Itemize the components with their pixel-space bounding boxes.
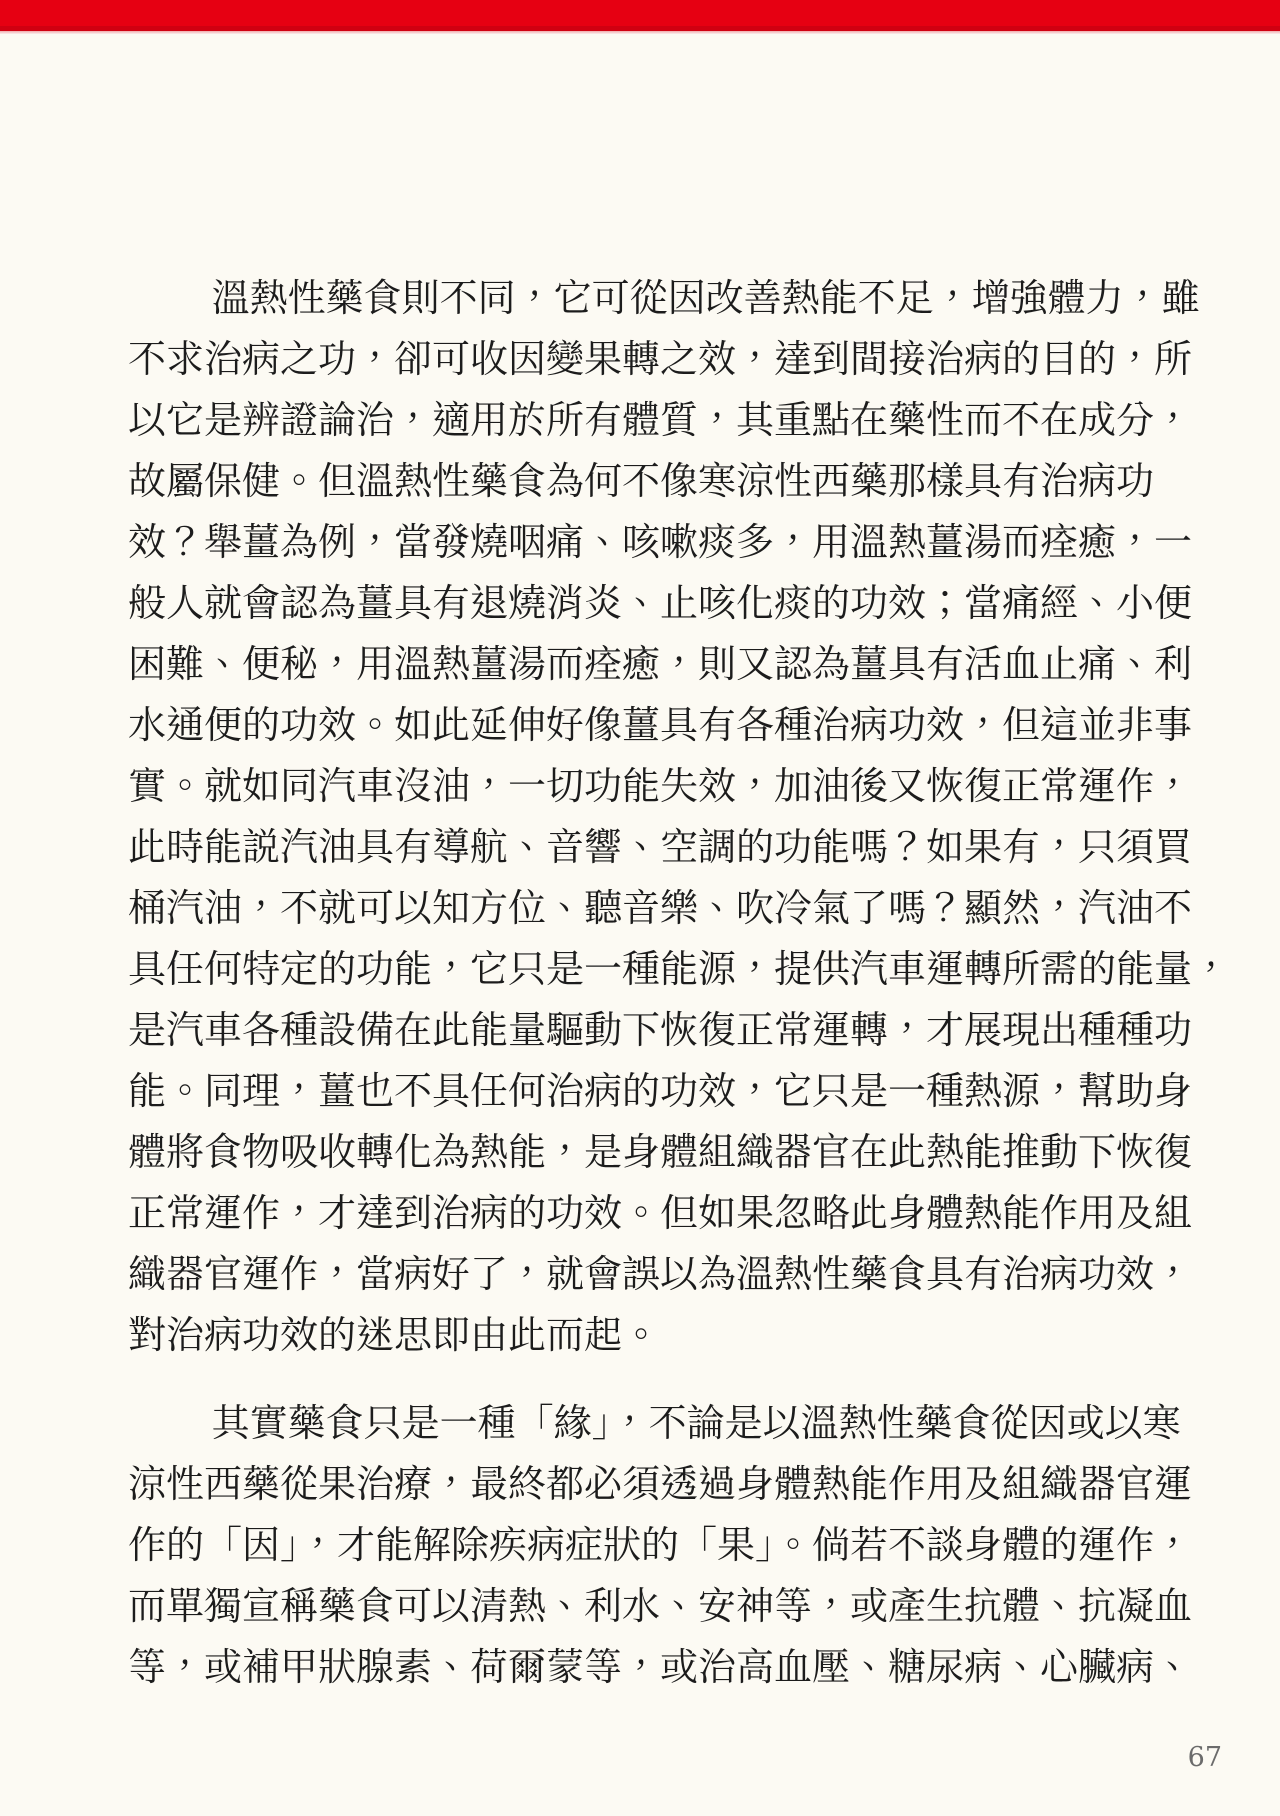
paragraph: 溫熱性藥食則不同，它可從因改善熱能不足，增強體力，雖不求治病之功，卻可收因變果轉… (128, 268, 1148, 1366)
text-line: 織器官運作，當病好了，就會誤以為溫熱性藥食具有治病功效， (128, 1244, 1148, 1305)
text-line: 效？舉薑為例，當發燒咽痛、咳嗽痰多，用溫熱薑湯而痊癒，一 (128, 512, 1148, 573)
text-line: 作的「因」，才能解除疾病症狀的「果」。倘若不談身體的運作， (128, 1515, 1148, 1576)
text-line: 能。同理，薑也不具任何治病的功效，它只是一種熱源，幫助身 (128, 1061, 1148, 1122)
page-body: 溫熱性藥食則不同，它可從因改善熱能不足，增強體力，雖不求治病之功，卻可收因變果轉… (128, 268, 1148, 1698)
text-line: 體將食物吸收轉化為熱能，是身體組織器官在此熱能推動下恢復 (128, 1122, 1148, 1183)
text-line: 桶汽油，不就可以知方位、聽音樂、吹冷氣了嗎？顯然，汽油不 (128, 878, 1148, 939)
text-line: 其實藥食只是一種「緣」，不論是以溫熱性藥食從因或以寒 (128, 1393, 1148, 1454)
paragraph-container: 溫熱性藥食則不同，它可從因改善熱能不足，增強體力，雖不求治病之功，卻可收因變果轉… (128, 268, 1148, 1698)
top-red-bar (0, 0, 1280, 34)
text-line: 以它是辨證論治，適用於所有體質，其重點在藥性而不在成分， (128, 390, 1148, 451)
text-line: 實。就如同汽車沒油，一切功能失效，加油後又恢復正常運作， (128, 756, 1148, 817)
text-line: 等，或補甲狀腺素、荷爾蒙等，或治高血壓、糖尿病、心臟病、 (128, 1637, 1148, 1698)
text-line: 水通便的功效。如此延伸好像薑具有各種治病功效，但這並非事 (128, 695, 1148, 756)
text-line: 具任何特定的功能，它只是一種能源，提供汽車運轉所需的能量， (128, 939, 1148, 1000)
text-line: 涼性西藥從果治療，最終都必須透過身體熱能作用及組織器官運 (128, 1454, 1148, 1515)
text-line: 而單獨宣稱藥食可以清熱、利水、安神等，或產生抗體、抗凝血 (128, 1576, 1148, 1637)
text-line: 是汽車各種設備在此能量驅動下恢復正常運轉，才展現出種種功 (128, 1000, 1148, 1061)
text-line: 對治病功效的迷思即由此而起。 (128, 1305, 1148, 1366)
text-line: 溫熱性藥食則不同，它可從因改善熱能不足，增強體力，雖 (128, 268, 1148, 329)
text-line: 般人就會認為薑具有退燒消炎、止咳化痰的功效；當痛經、小便 (128, 573, 1148, 634)
text-line: 正常運作，才達到治病的功效。但如果忽略此身體熱能作用及組 (128, 1183, 1148, 1244)
text-line: 故屬保健。但溫熱性藥食為何不像寒涼性西藥那樣具有治病功 (128, 451, 1148, 512)
text-line: 不求治病之功，卻可收因變果轉之效，達到間接治病的目的，所 (128, 329, 1148, 390)
text-line: 困難、便秘，用溫熱薑湯而痊癒，則又認為薑具有活血止痛、利 (128, 634, 1148, 695)
page-number: 67 (1188, 1740, 1222, 1776)
book-page: 溫熱性藥食則不同，它可從因改善熱能不足，增強體力，雖不求治病之功，卻可收因變果轉… (0, 0, 1280, 1816)
text-line: 此時能説汽油具有導航、音響、空調的功能嗎？如果有，只須買 (128, 817, 1148, 878)
paragraph: 其實藥食只是一種「緣」，不論是以溫熱性藥食從因或以寒涼性西藥從果治療，最終都必須… (128, 1393, 1148, 1698)
